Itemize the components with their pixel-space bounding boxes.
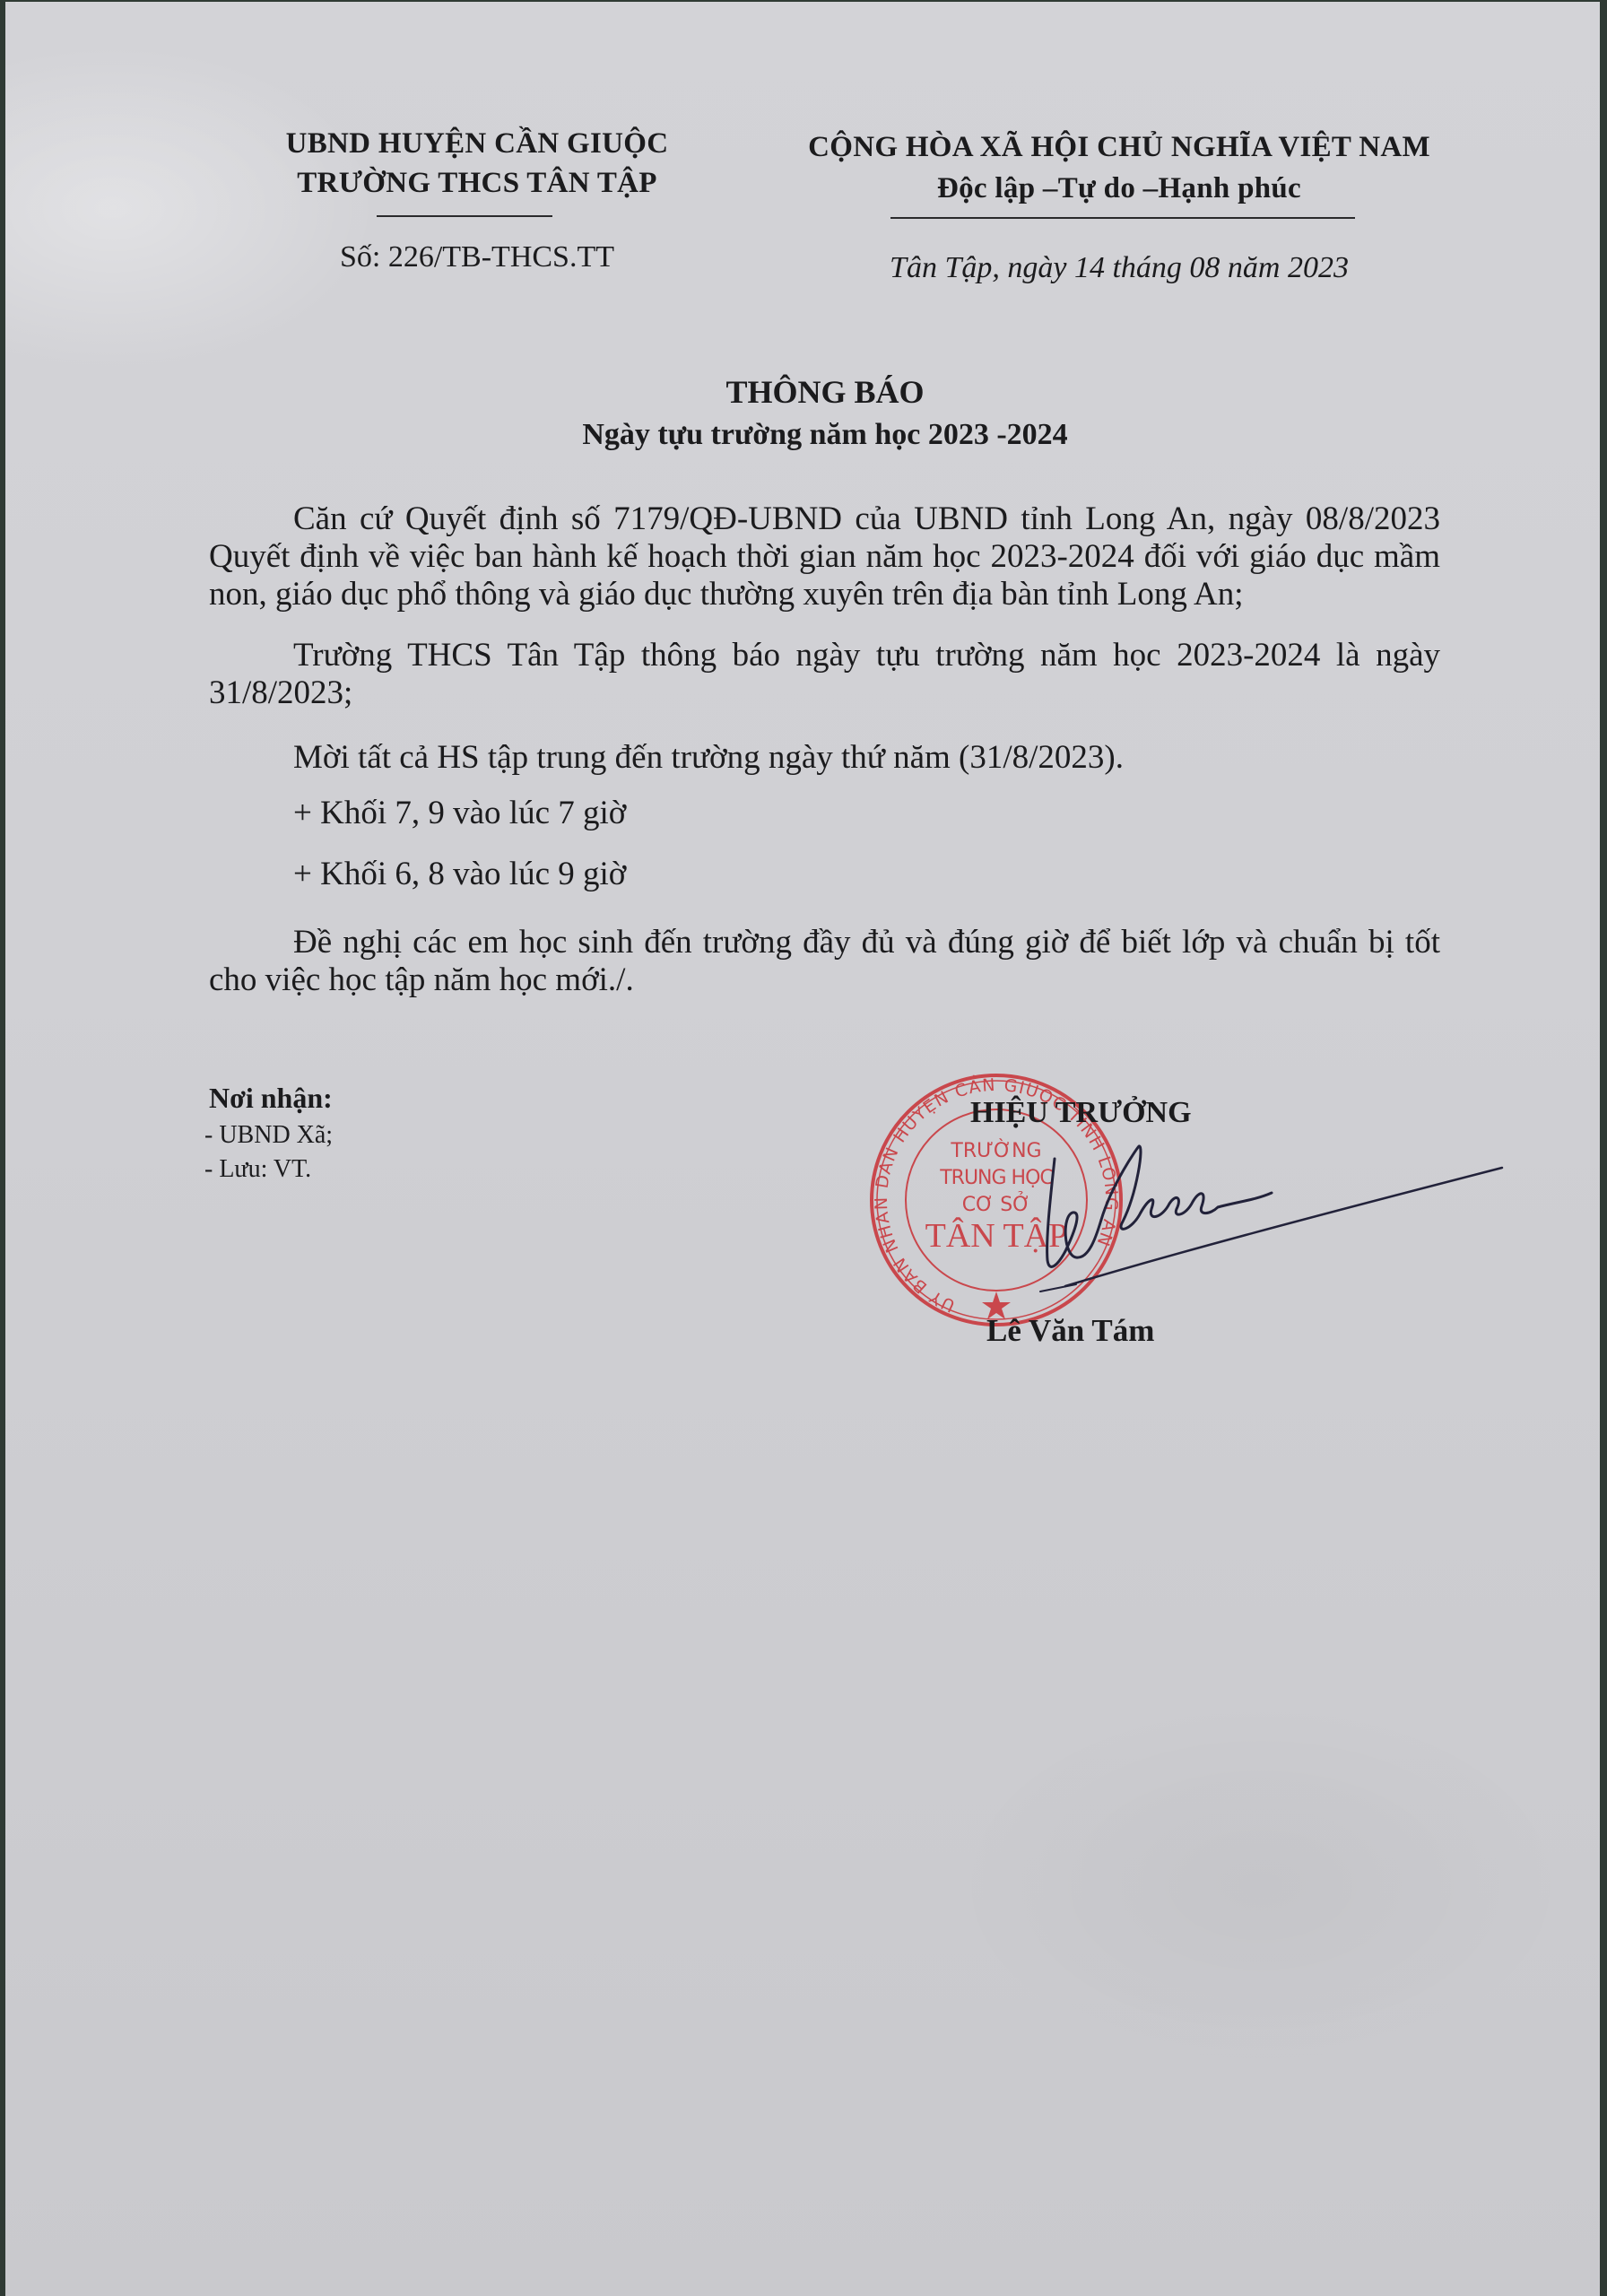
recipient-item: - Lưu: VT.	[204, 1155, 311, 1184]
document-title: THÔNG BÁO	[208, 373, 1442, 411]
paragraph-legal-basis: Căn cứ Quyết định số 7179/QĐ-UBND của UB…	[209, 500, 1440, 613]
document-body: Căn cứ Quyết định số 7179/QĐ-UBND của UB…	[209, 500, 1440, 999]
paragraph-request: Đề nghị các em học sinh đến trường đầy đ…	[209, 924, 1440, 999]
place-date: Tân Tập, ngày 14 tháng 08 năm 2023	[734, 251, 1505, 285]
document-subtitle: Ngày tựu trường năm học 2023 -2024	[208, 418, 1442, 452]
paragraph-invitation: Mời tất cả HS tập trung đến trường ngày …	[209, 739, 1440, 777]
signer-title: HIỆU TRƯỞNG	[970, 1096, 1192, 1130]
left-header-rule	[377, 215, 552, 217]
recipients-label: Nơi nhận:	[209, 1082, 333, 1115]
recipient-item: - UBND Xã;	[204, 1121, 333, 1150]
national-title: CỘNG HÒA XÃ HỘI CHỦ NGHĨA VIỆT NAM	[734, 131, 1505, 164]
document-number: Số: 226/TB-THCS.TT	[235, 240, 719, 274]
national-motto: Độc lập –Tự do –Hạnh phúc	[734, 172, 1505, 205]
schedule-item-grades-7-9: + Khối 7, 9 vào lúc 7 giờ	[209, 795, 1440, 832]
paragraph-announcement: Trường THCS Tân Tập thông báo ngày tựu t…	[209, 637, 1440, 712]
schedule-item-grades-6-8: + Khối 6, 8 vào lúc 9 giờ	[209, 856, 1440, 893]
school-name: TRƯỜNG THCS TÂN TẬP	[235, 167, 719, 200]
signer-name: Lê Văn Tám	[986, 1313, 1154, 1349]
agency-name: UBND HUYỆN CẦN GIUỘC	[235, 127, 719, 161]
right-header-rule	[890, 217, 1355, 219]
